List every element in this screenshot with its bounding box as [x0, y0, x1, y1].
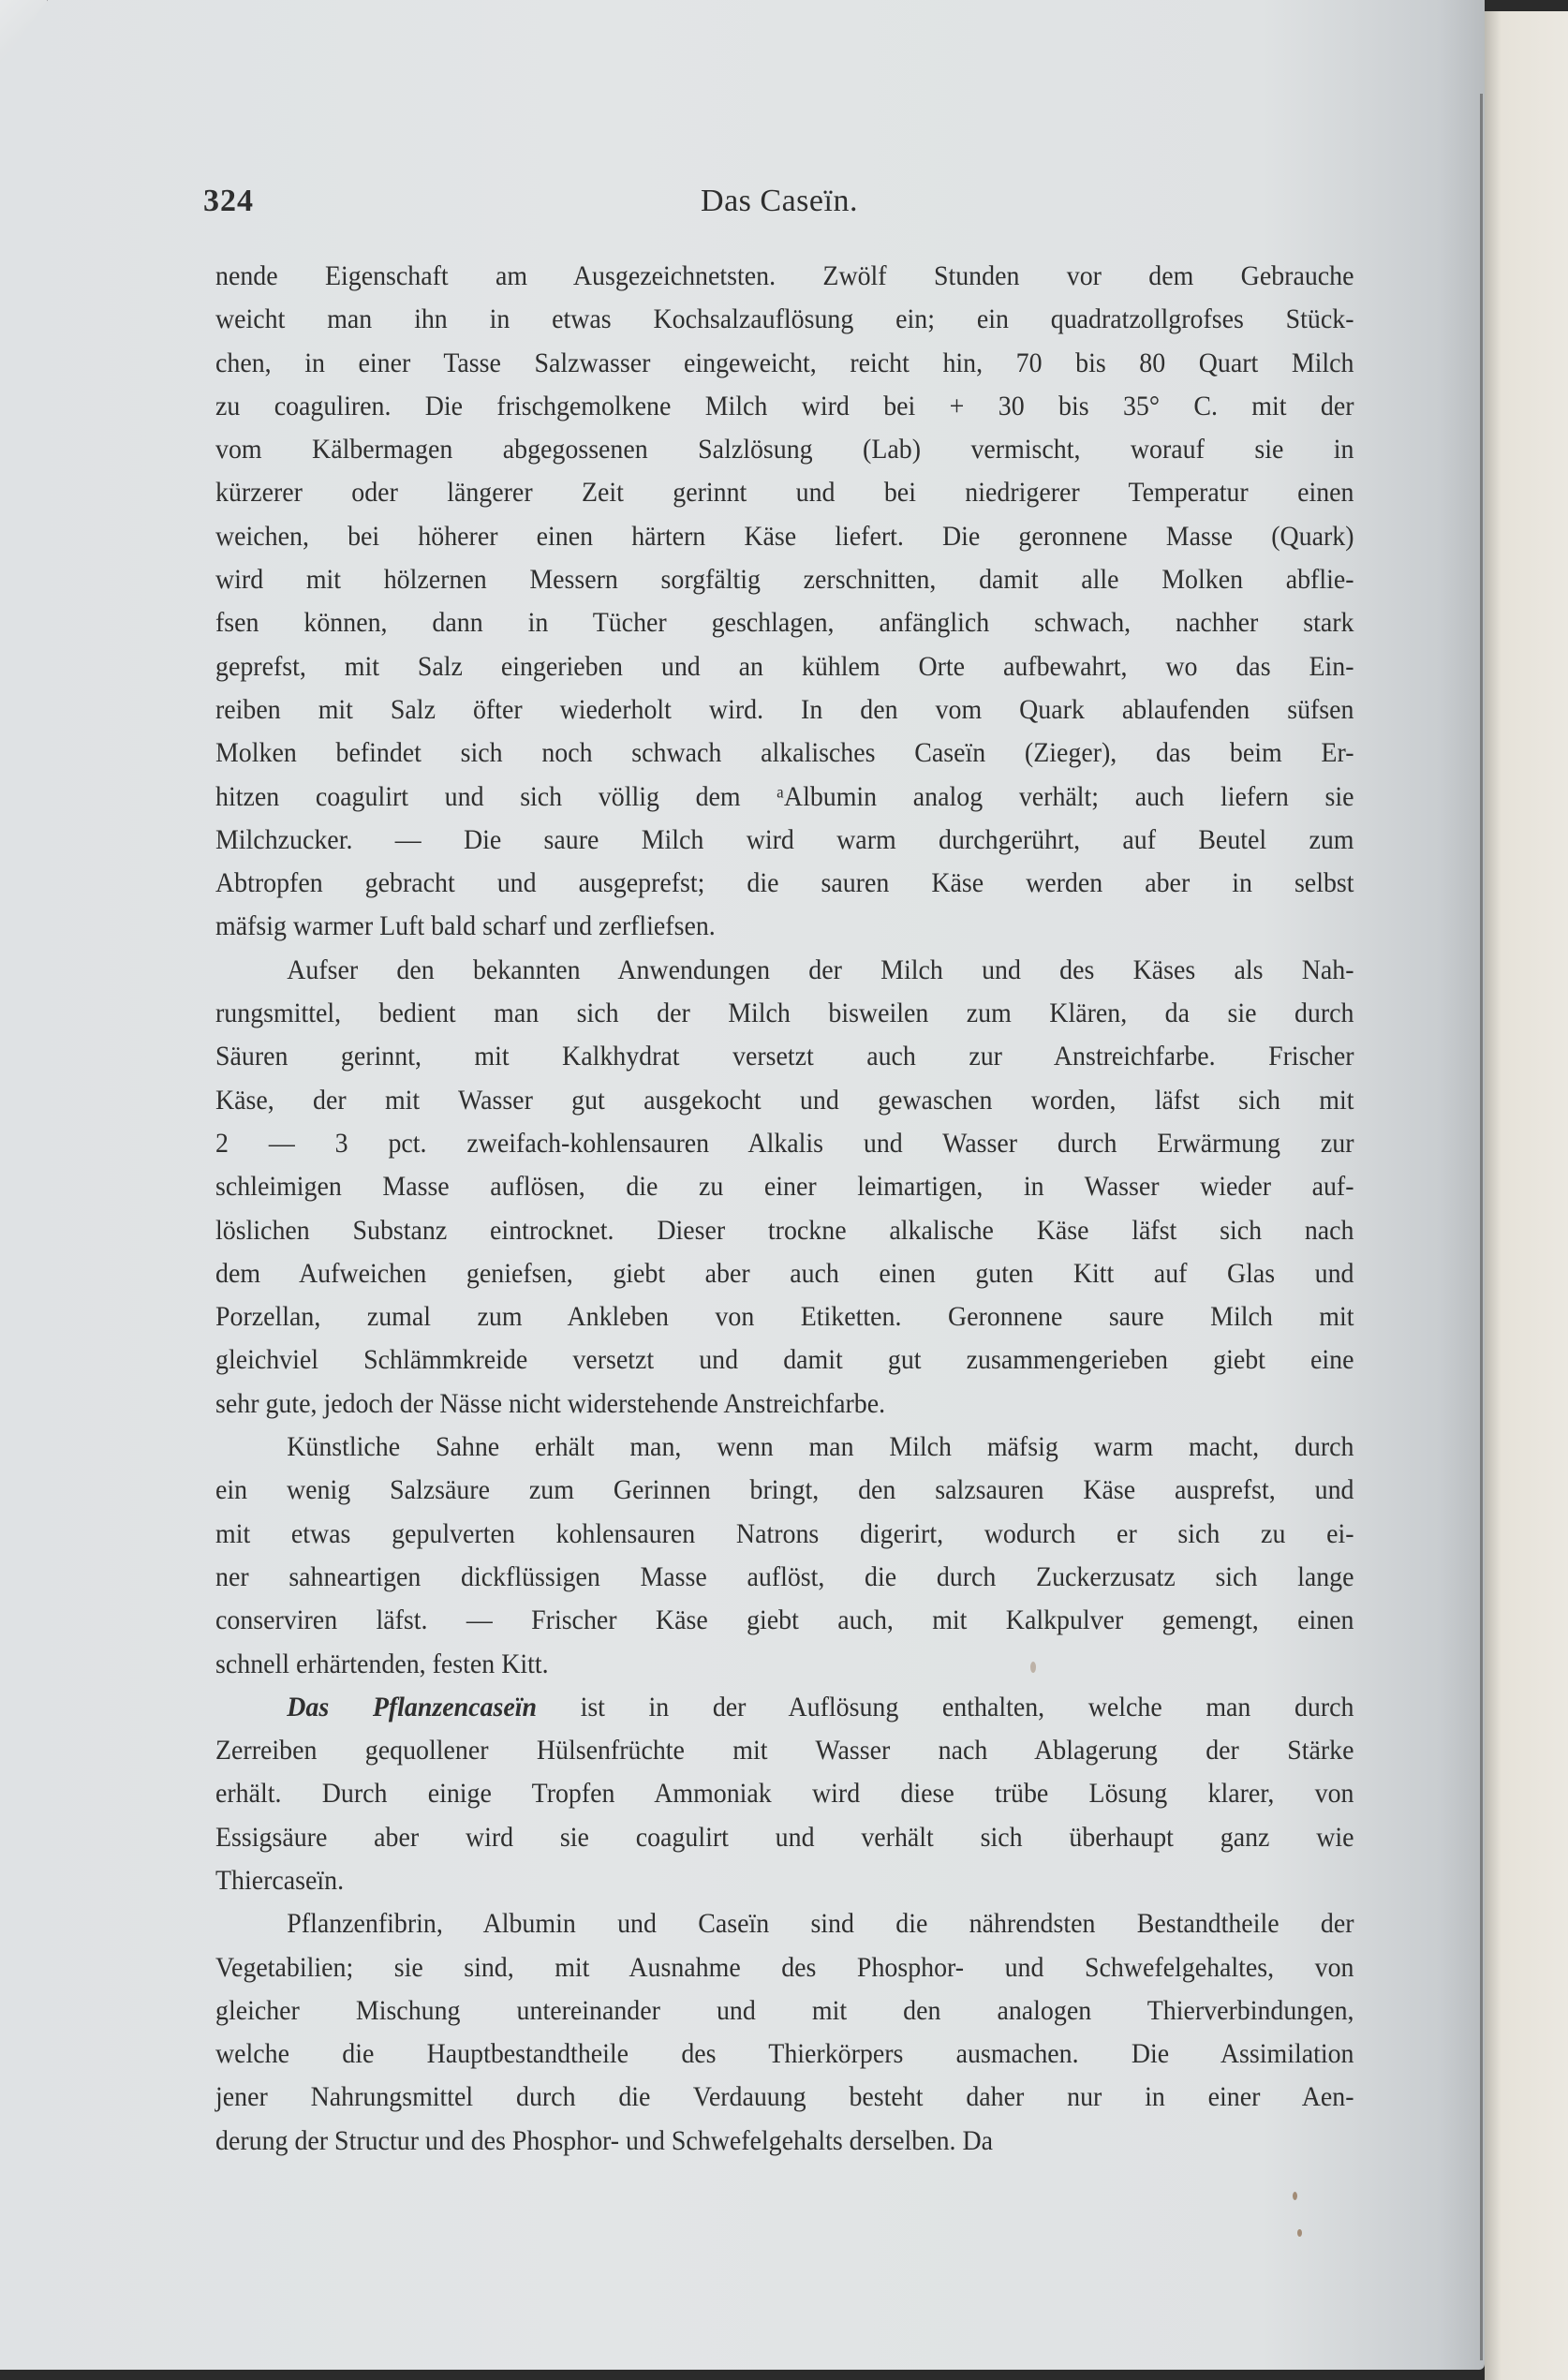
paragraph: Das Pflanzencaseïn ist in der Auflösung …: [215, 1686, 1354, 1902]
paragraph: Aufser den bekannten Anwendungen der Mil…: [215, 949, 1354, 1426]
text-line: Das Pflanzencaseïn ist in der Auflösung …: [215, 1686, 1354, 1729]
text-line: nende Eigenschaft am Ausgezeichnetsten. …: [215, 255, 1354, 298]
body-text: nende Eigenschaft am Ausgezeichnetsten. …: [215, 255, 1354, 2163]
text-line: Künstliche Sahne erhält man, wenn man Mi…: [215, 1426, 1354, 1469]
paper-spot: [1297, 2229, 1302, 2237]
paragraph: nende Eigenschaft am Ausgezeichnetsten. …: [215, 255, 1354, 949]
text-line: Essigsäure aber wird sie coagulirt und v…: [215, 1816, 1354, 1859]
text-line: conserviren läfst. — Frischer Käse giebt…: [215, 1599, 1354, 1642]
paper-spot: [1030, 1662, 1036, 1673]
text-line: ner sahneartigen dickflüssigen Masse auf…: [215, 1556, 1354, 1599]
paper-spot: [1293, 2192, 1297, 2200]
text-line: vom Kälbermagen abgegossenen Salzlösung …: [215, 428, 1354, 471]
text-line: mit etwas gepulverten kohlensauren Natro…: [215, 1513, 1354, 1556]
text-line: rungsmittel, bedient man sich der Milch …: [215, 992, 1354, 1035]
text-line: ein wenig Salzsäure zum Gerinnen bringt,…: [215, 1469, 1354, 1512]
text-line: mäfsig warmer Luft bald scharf und zerfl…: [215, 905, 1354, 948]
text-line: 2 — 3 pct. zweifach-kohlensauren Alkalis…: [215, 1122, 1354, 1165]
text-line: schnell erhärtenden, festen Kitt.: [215, 1643, 1354, 1686]
text-line: schleimigen Masse auflösen, die zu einer…: [215, 1165, 1354, 1208]
text-line: Käse, der mit Wasser gut ausgekocht und …: [215, 1079, 1354, 1122]
text-line: Zerreiben gequollener Hülsenfrüchte mit …: [215, 1729, 1354, 1772]
text-line: Abtropfen gebracht und ausgeprefst; die …: [215, 862, 1354, 905]
text-line: weicht man ihn in etwas Kochsalzauflösun…: [215, 298, 1354, 341]
text-line: dem Aufweichen geniefsen, giebt aber auc…: [215, 1252, 1354, 1295]
text-line: hitzen coagulirt und sich völlig dem ᵃAl…: [215, 776, 1354, 819]
text-line: löslichen Substanz eintrocknet. Dieser t…: [215, 1209, 1354, 1252]
facing-page-edge: [1485, 11, 1568, 2380]
text-line: gleichviel Schlämmkreide versetzt und da…: [215, 1338, 1354, 1382]
text-line: sehr gute, jedoch der Nässe nicht widers…: [215, 1382, 1354, 1426]
running-head: 324 Das Caseïn.: [203, 184, 1355, 230]
text-line: gleicher Mischung untereinander und mit …: [215, 1989, 1354, 2033]
paragraph: Künstliche Sahne erhält man, wenn man Mi…: [215, 1426, 1354, 1686]
text-line: Vegetabilien; sie sind, mit Ausnahme des…: [215, 1946, 1354, 1989]
text-line: derung der Structur und des Phosphor- un…: [215, 2120, 1354, 2163]
text-line: Thiercaseïn.: [215, 1859, 1354, 1902]
text-line: wird mit hölzernen Messern sorgfältig ze…: [215, 558, 1354, 601]
text-line: Pflanzenfibrin, Albumin und Caseïn sind …: [215, 1902, 1354, 1945]
text-line: Molken befindet sich noch schwach alkali…: [215, 732, 1354, 775]
text-line: fsen können, dann in Tücher geschlagen, …: [215, 601, 1354, 644]
text-line: Porzellan, zumal zum Ankleben von Etiket…: [215, 1295, 1354, 1338]
text-line: chen, in einer Tasse Salzwasser eingewei…: [215, 342, 1354, 385]
text-line: geprefst, mit Salz eingerieben und an kü…: [215, 645, 1354, 688]
text-line: weichen, bei höherer einen härtern Käse …: [215, 515, 1354, 558]
text-line: jener Nahrungsmittel durch die Verdauung…: [215, 2076, 1354, 2119]
paragraph: Pflanzenfibrin, Albumin und Caseïn sind …: [215, 1902, 1354, 2163]
italic-term: Das Pflanzencaseïn: [287, 1692, 537, 1722]
page-title: Das Caseïn.: [203, 184, 1355, 219]
book-gutter: [1480, 94, 1483, 2360]
text-line: Säuren gerinnt, mit Kalkhydrat versetzt …: [215, 1035, 1354, 1078]
text-line: erhält. Durch einige Tropfen Ammoniak wi…: [215, 1772, 1354, 1815]
text-line: reiben mit Salz öfter wiederholt wird. I…: [215, 688, 1354, 732]
text-line: welche die Hauptbestandtheile des Thierk…: [215, 2033, 1354, 2076]
text-line: zu coaguliren. Die frischgemolkene Milch…: [215, 385, 1354, 428]
text-line: Milchzucker. — Die saure Milch wird warm…: [215, 819, 1354, 862]
text-line: kürzerer oder längerer Zeit gerinnt und …: [215, 471, 1354, 514]
text-line: Aufser den bekannten Anwendungen der Mil…: [215, 949, 1354, 992]
